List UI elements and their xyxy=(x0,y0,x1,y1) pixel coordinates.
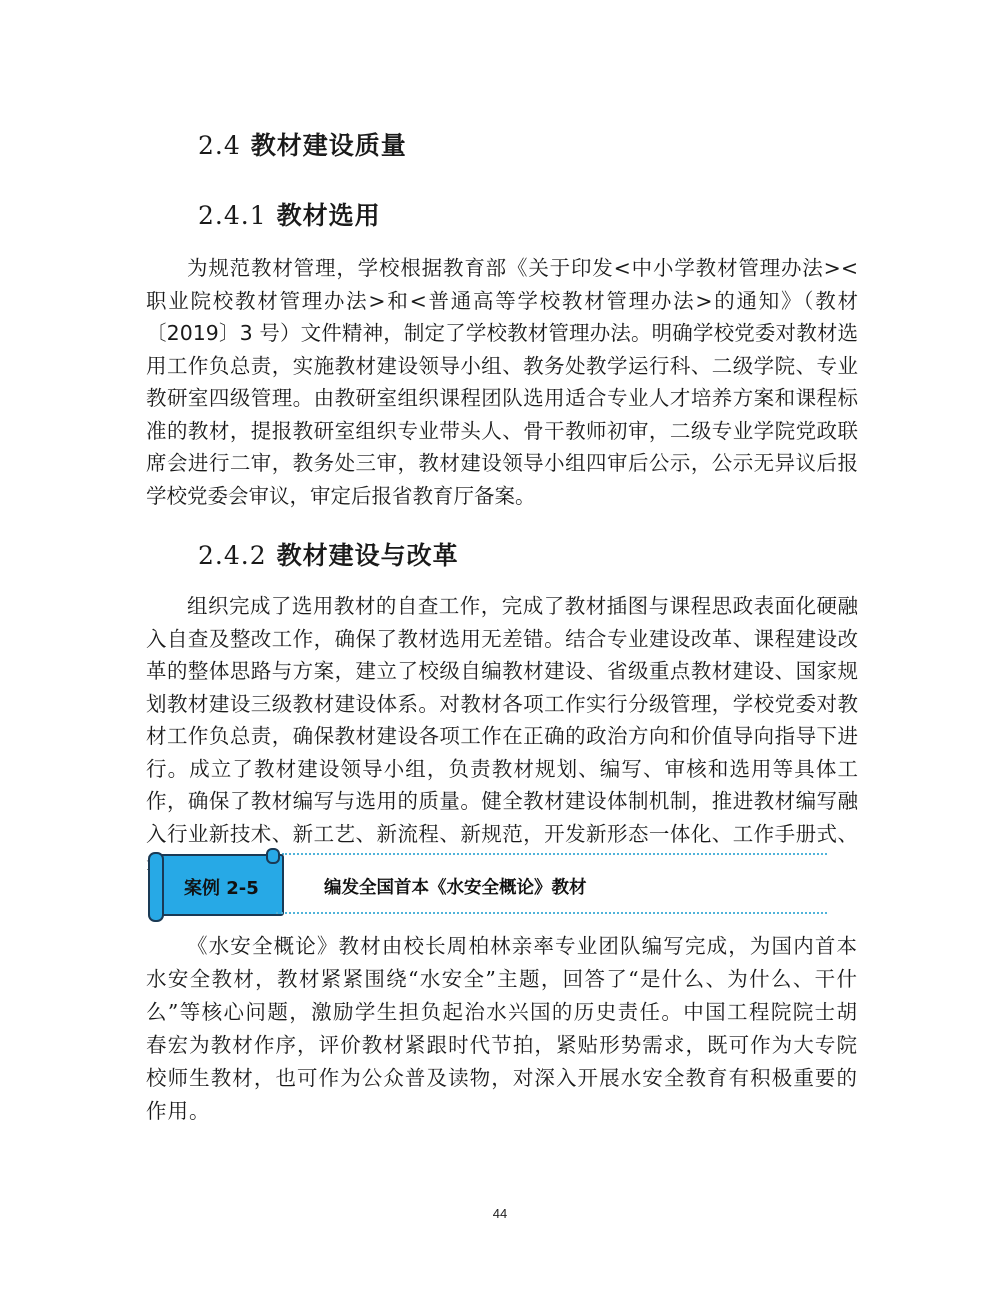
scroll-roll-left-icon xyxy=(148,852,164,922)
case-banner: 案例 2-5 编发全国首本《水安全概论》教材 xyxy=(148,848,838,923)
section-number: 2.4 xyxy=(198,131,241,160)
scroll-roll-top-icon xyxy=(266,848,280,864)
divider-dotted-bottom xyxy=(276,912,827,914)
section-heading: 2.4教材建设质量 xyxy=(198,126,407,162)
subsection-title: 教材选用 xyxy=(277,201,381,230)
subsection-number: 2.4.1 xyxy=(198,201,267,230)
subsection-number: 2.4.2 xyxy=(198,541,267,570)
case-title: 编发全国首本《水安全概论》教材 xyxy=(324,874,587,899)
section-title: 教材建设质量 xyxy=(251,131,407,160)
paragraph-textbook-reform: 组织完成了选用教材的自查工作，完成了教材插图与课程思政表面化硬融入自查及整改工作… xyxy=(146,590,858,883)
subsection-title: 教材建设与改革 xyxy=(277,541,459,570)
paragraph-textbook-selection: 为规范教材管理，学校根据教育部《关于印发<中小学教材管理办法>< 职业院校教材管… xyxy=(146,252,858,512)
divider-dotted-top xyxy=(282,853,827,855)
page-number: 44 xyxy=(0,1206,1000,1221)
subsection-heading-2-4-1: 2.4.1教材选用 xyxy=(198,196,381,232)
case-label: 案例 2-5 xyxy=(184,874,259,900)
paragraph-case-study: 《水安全概论》教材由校长周柏林亲率专业团队编写完成，为国内首本水安全教材，教材紧… xyxy=(146,930,858,1128)
subsection-heading-2-4-2: 2.4.2教材建设与改革 xyxy=(198,536,459,572)
